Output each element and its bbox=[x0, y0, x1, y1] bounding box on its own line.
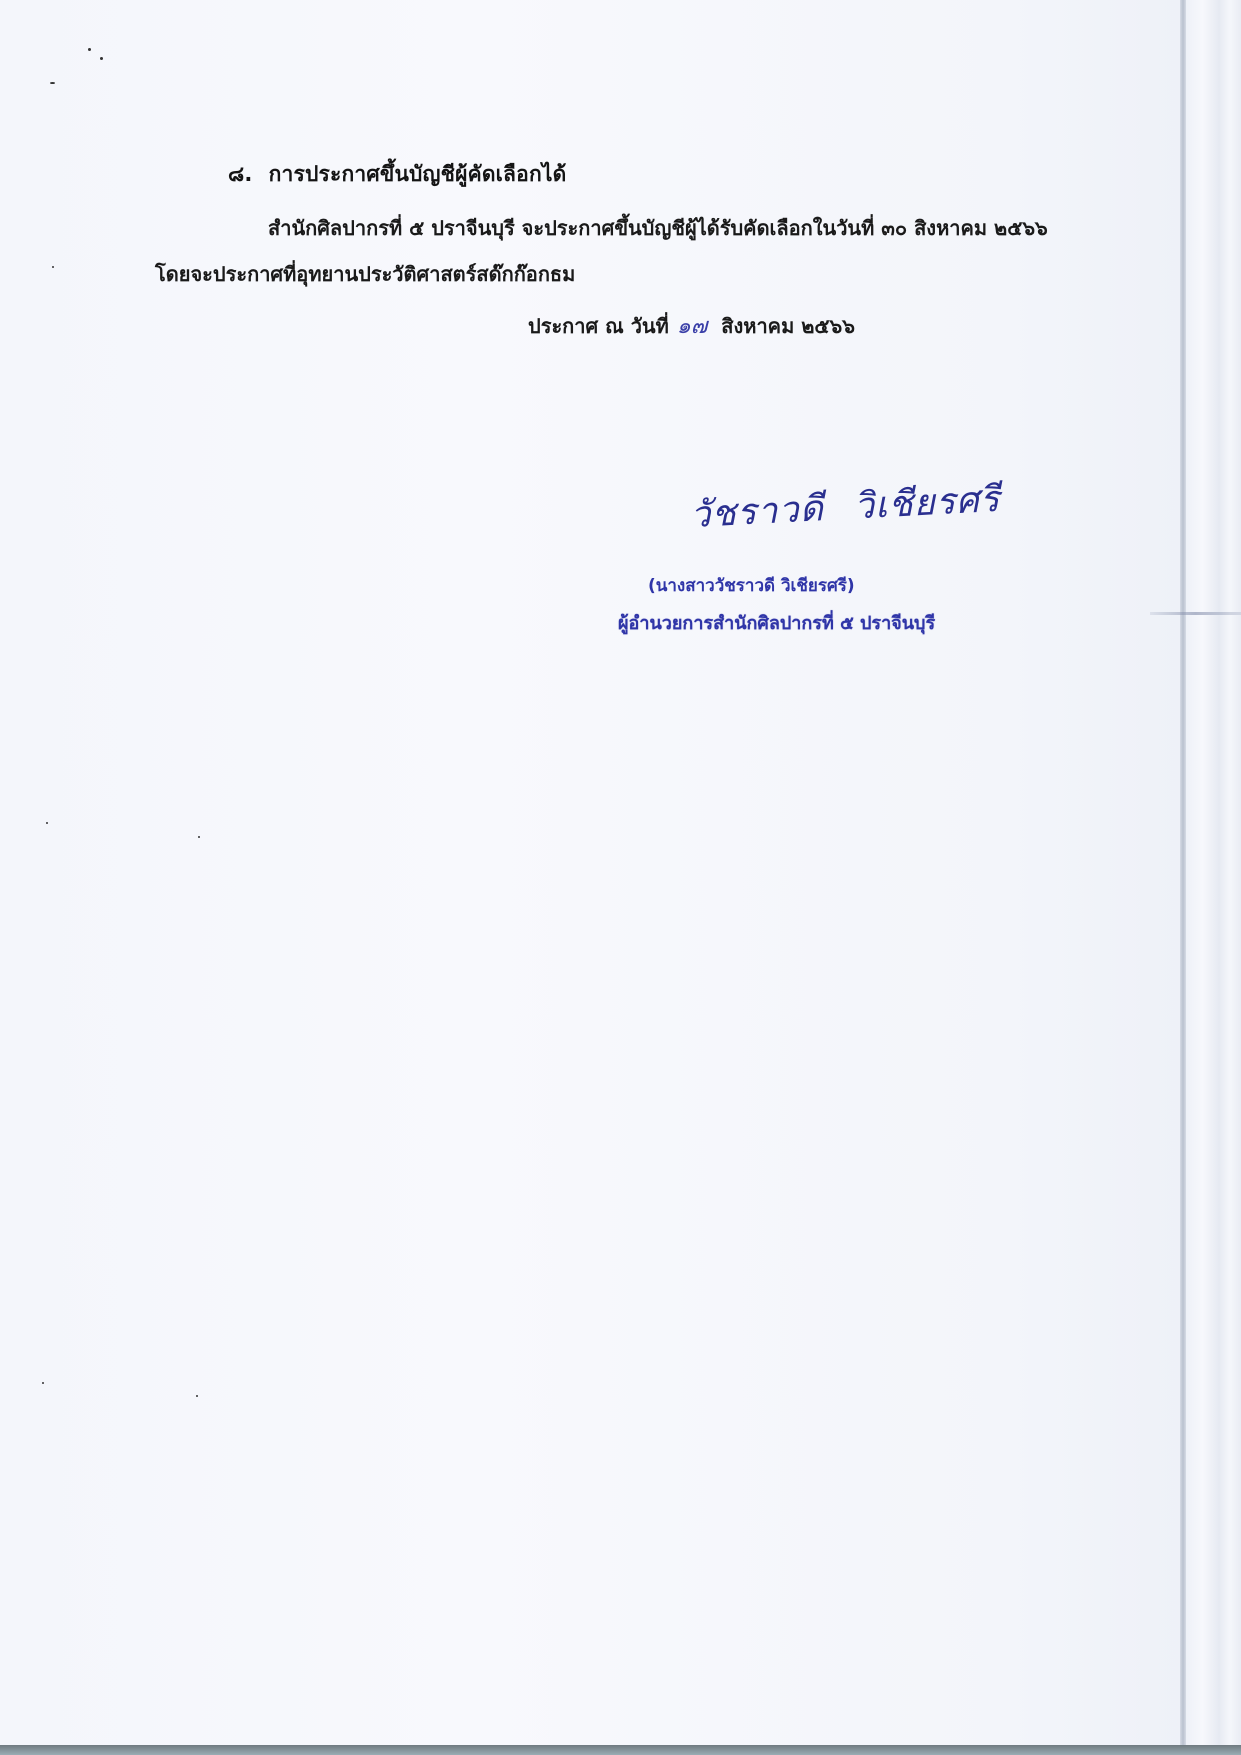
paper-stack-edge bbox=[1186, 0, 1241, 1755]
fold-mark bbox=[1150, 612, 1241, 615]
announcement-paragraph-line2: โดยจะประกาศที่อุทยานประวัติศาสตร์สด๊กก๊อ… bbox=[155, 258, 575, 290]
date-prefix: ประกาศ ณ วันที่ bbox=[528, 314, 669, 338]
signatory-position-stamp: ผู้อำนวยการสำนักศิลปากรที่ ๕ ปราจีนบุรี bbox=[618, 608, 935, 637]
section-heading: ๘.การประกาศขึ้นบัญชีผู้คัดเลือกได้ bbox=[228, 158, 566, 191]
announcement-date-line: ประกาศ ณ วันที่๑๗สิงหาคม ๒๕๖๖ bbox=[528, 308, 855, 343]
scan-speck bbox=[196, 1395, 198, 1397]
scanner-bed-edge bbox=[0, 1745, 1241, 1755]
section-title: การประกาศขึ้นบัญชีผู้คัดเลือกได้ bbox=[269, 162, 567, 186]
scan-speck bbox=[88, 48, 91, 51]
date-month-year: สิงหาคม ๒๕๖๖ bbox=[721, 314, 855, 338]
scan-speck bbox=[198, 836, 200, 838]
scan-speck bbox=[46, 822, 48, 824]
handwritten-day: ๑๗ bbox=[677, 314, 708, 339]
signatory-name-stamp: (นางสาววัชราวดี วิเชียรศรี) bbox=[648, 572, 855, 599]
signature-first: วัชราวดี bbox=[689, 488, 825, 536]
announcement-paragraph-line1: สำนักศิลปากรที่ ๕ ปราจีนบุรี จะประกาศขึ้… bbox=[268, 212, 1048, 244]
scanned-document-page: ๘.การประกาศขึ้นบัญชีผู้คัดเลือกได้ สำนัก… bbox=[0, 0, 1186, 1745]
scan-speck bbox=[42, 1382, 44, 1384]
handwritten-signature: วัชราวดีวิเชียรศรี bbox=[689, 470, 1002, 543]
scan-speck bbox=[100, 57, 103, 60]
scan-speck bbox=[52, 266, 54, 268]
signature-last: วิเชียรศรี bbox=[853, 479, 1002, 528]
section-number: ๘. bbox=[228, 162, 253, 186]
scan-speck bbox=[50, 82, 55, 84]
